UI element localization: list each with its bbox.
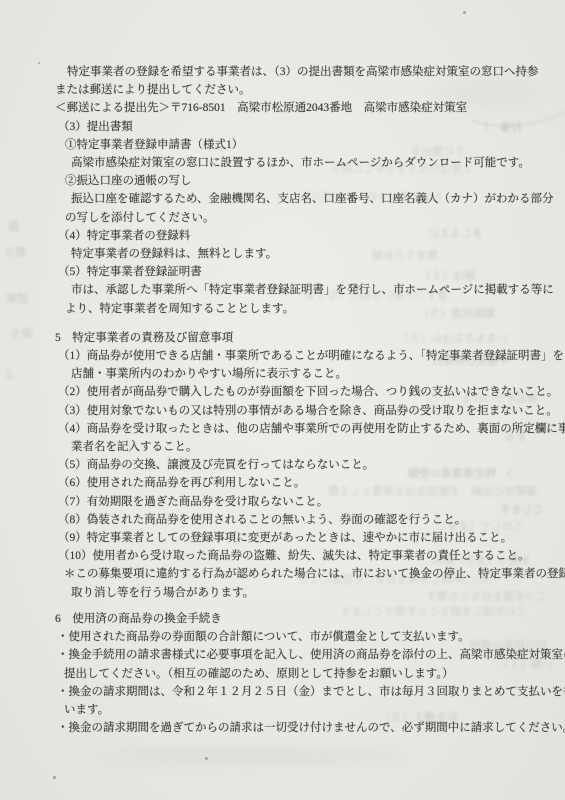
text-block: 6 使用済の商品券の換金手続き・使用された商品券の券面額の合計額について、市が償… [0,610,565,737]
text-line: 取り消し等を行う場合があります。 [71,584,565,602]
text-line: 業者名を記入すること。 [71,438,565,456]
text-line: 店舗・事業所内のわかりやすい場所に表示すること。 [71,365,565,383]
text-line: 提出してください。（相互の確認のため、原則として持参をお願いします。） [64,665,565,683]
text-block: 5 特定事業者の責務及び留意事項（1）商品券が使用できる店舗・事業所であることが… [0,329,565,602]
text-line: （1）商品券が使用できる店舗・事業所であることが明確になるよう、「特定事業者登録… [58,347,565,365]
text-line: （5）特定事業者登録証明書 [58,263,565,281]
text-line: （2）使用者が商品券で購入したものが券面額を下回った場合、つり銭の支払いはできな… [58,383,565,401]
text-line: （7）有効期限を過ぎた商品券を受け取らないこと。 [58,493,565,511]
text-line: 振込口座を確認するため、金融機関名、支店名、口座番号、口座名義人（カナ）がわかる… [71,190,565,208]
scan-smudge [95,748,405,764]
text-line: 特定事業者の登録料は、無料とします。 [71,245,565,263]
text-line: （8）偽装された商品券を使用されることの無いよう、券面の確認を行うこと。 [58,511,565,529]
text-line: 5 特定事業者の責務及び留意事項 [55,329,565,347]
text-line: の写しを添付してください。 [65,209,565,227]
text-line: ①特定事業者登録申請書（様式1） [65,136,565,154]
text-line: （4）商品券を受け取ったときは、他の店舗や事業所での再使用を防止するため、裏面の… [58,420,565,438]
text-line: （10）使用者から受け取った商品券の盗難、紛失、滅失は、特定事業者の責任とするこ… [58,547,565,565]
scanned-document-page: 行事 ！りに提出きと並ばれなりませ申しに限るちまえきかされるとに使にあきしるえに… [0,0,565,800]
document-body: 特定事業者の登録を希望する事業者は、（3）の提出書類を高梁市感染症対策室の窓口へ… [0,63,565,737]
scan-speck [53,776,56,779]
text-line: 市は、承認した事業所へ「特定事業者登録証明書」を発行し、市ホームページに掲載する… [71,281,565,299]
text-line: います。 [64,701,565,719]
text-line: （5）商品券の交換、譲渡及び売買を行ってはならないこと。 [58,456,565,474]
text-line: （6）使用された商品券を再び利用しないこと。 [58,474,565,492]
scan-speck [463,11,466,14]
text-line: ・使用された商品券の券面額の合計額について、市が償還金として支払います。 [57,628,565,646]
text-line: ・換金手続用の請求書様式に必要事項を記入し、使用済の商品券を添付の上、高梁市感染… [57,646,565,664]
text-line: ・換金の請求期間を過ぎてからの請求は一切受け付けませんので、必ず期間中に請求して… [57,719,565,737]
text-line: ＊この募集要項に違約する行為が認められた場合には、市において換金の停止、特定事業… [64,565,565,583]
text-line: （9）特定事業者としての登録事項に変更があったときは、速やかに市に届け出ること。 [58,529,565,547]
text-line: より、特定事業者を周知することとします。 [65,300,565,318]
text-line: （4）特定事業者の登録料 [58,227,565,245]
text-line: （3）使用対象でないもの又は特別の事情がある場合を除き、商品券の受け取りを拒まな… [58,402,565,420]
text-line: 高梁市感染症対策室の窓口に設置するほか、市ホームページからダウンロード可能です。 [71,154,565,172]
text-line: ・換金の請求期間は、令和２年１２月２５日（金）までとし、市は毎月３回取りまとめて… [57,683,565,701]
text-line: 6 使用済の商品券の換金手続き [55,610,565,628]
text-line: ②振込口座の通帳の写し [65,172,565,190]
